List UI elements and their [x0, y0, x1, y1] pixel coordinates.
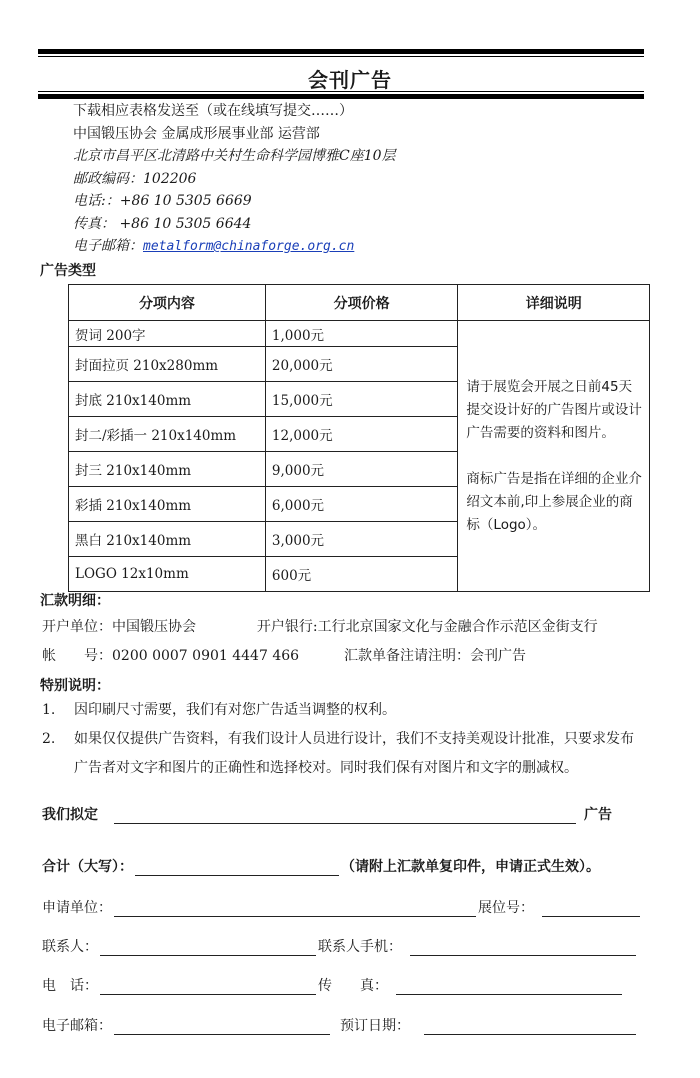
payment-row-2: 帐 号：0200 0007 0901 4447 466 汇款单备注请注明：会刊广… — [42, 645, 526, 665]
ad-types-table: 分项内容 分项价格 详细说明 贺词 200字 1,000元 请于展览会开展之日前… — [68, 284, 650, 592]
fax-label: 传 真： — [318, 975, 388, 995]
item-cell: 封二/彩插一 210x140mm — [69, 417, 266, 452]
detail-note-submission: 请于展览会开展之日前45天提交设计好的广告图片或设计广告需要的资料和图片。 — [466, 376, 643, 445]
contact-intro: 下载相应表格发送至（或在线填写提交……） — [73, 100, 396, 123]
total-input[interactable] — [135, 859, 339, 876]
contact-email-row: 电子邮箱：metalform@chinaforge.org.cn — [73, 235, 396, 258]
email-label: 电子邮箱： — [42, 1015, 112, 1035]
item-cell: LOGO 12x10mm — [69, 557, 266, 592]
contact-email-label: 电子邮箱： — [73, 238, 143, 254]
total-suffix: （请附上汇款单复印件，申请正式生效）。 — [341, 856, 600, 876]
total-label: 合计（大写）： — [42, 856, 133, 876]
applicant-input[interactable] — [114, 900, 476, 917]
contact-block: 下载相应表格发送至（或在线填写提交……） 中国锻压协会 金属成形展事业部 运营部… — [73, 100, 396, 258]
list-text: 如果仅仅提供广告资料，有我们设计人员进行设计，我们不支持美观设计批准，只要求发布… — [74, 725, 644, 783]
table-row: 贺词 200字 1,000元 请于展览会开展之日前45天提交设计好的广告图片或设… — [69, 321, 650, 347]
notes-list: 1. 因印刷尺寸需要，我们有对您广告适当调整的权利。 2. 如果仅仅提供广告资料… — [42, 696, 644, 783]
price-cell: 12,000元 — [265, 417, 458, 452]
notes-heading: 特别说明： — [40, 675, 110, 695]
date-input[interactable] — [424, 1018, 636, 1035]
item-cell: 黑白 210x140mm — [69, 522, 266, 557]
booth-input[interactable] — [542, 900, 640, 917]
detail-notes-cell: 请于展览会开展之日前45天提交设计好的广告图片或设计广告需要的资料和图片。 商标… — [458, 321, 650, 592]
top-double-rule — [38, 49, 644, 57]
contact-address: 北京市昌平区北清路中关村生命科学园博雅C座10层 — [73, 145, 396, 168]
contact-email-link[interactable]: metalform@chinaforge.org.cn — [143, 239, 354, 254]
contact-phone: 电话:：+86 10 5305 6669 — [73, 190, 396, 213]
applicant-label: 申请单位： — [42, 897, 112, 917]
price-cell: 6,000元 — [265, 487, 458, 522]
email-input[interactable] — [114, 1018, 330, 1035]
table-header-row: 分项内容 分项价格 详细说明 — [69, 285, 650, 321]
phone-label: 电 话： — [42, 975, 98, 995]
date-label: 预订日期： — [340, 1015, 410, 1035]
price-cell: 15,000元 — [265, 382, 458, 417]
phone-input[interactable] — [100, 978, 316, 995]
list-number: 1. — [42, 696, 74, 725]
payment-remark: 汇款单备注请注明：会刊广告 — [344, 648, 526, 664]
reserve-row: 我们拟定 广告 — [42, 804, 642, 824]
column-header: 分项价格 — [265, 285, 458, 321]
contact-row: 联系人： 联系人手机： — [42, 936, 642, 956]
booth-label: 展位号： — [478, 897, 534, 917]
title-double-rule — [38, 91, 644, 99]
total-row: 合计（大写）： （请附上汇款单复印件，申请正式生效）。 — [42, 856, 642, 876]
list-item: 2. 如果仅仅提供广告资料，有我们设计人员进行设计，我们不支持美观设计批准，只要… — [42, 725, 644, 783]
contact-fax: 传真： +86 10 5305 6644 — [73, 213, 396, 236]
mobile-input[interactable] — [410, 939, 636, 956]
contact-person-input[interactable] — [100, 939, 316, 956]
list-item: 1. 因印刷尺寸需要，我们有对您广告适当调整的权利。 — [42, 696, 644, 725]
detail-note-logo: 商标广告是指在详细的企业介绍文本前,印上参展企业的商标（Logo）。 — [466, 468, 643, 537]
contact-person-label: 联系人： — [42, 936, 98, 956]
phone-fax-row: 电 话： 传 真： — [42, 975, 642, 995]
account-name: 开户单位：中国锻压协会 — [42, 619, 196, 635]
price-cell: 3,000元 — [265, 522, 458, 557]
item-cell: 封底 210x140mm — [69, 382, 266, 417]
item-cell: 封三 210x140mm — [69, 452, 266, 487]
price-cell: 20,000元 — [265, 347, 458, 382]
mobile-label: 联系人手机： — [318, 936, 402, 956]
reserve-label: 我们拟定 — [42, 804, 98, 824]
reserve-input[interactable] — [114, 807, 576, 824]
email-date-row: 电子邮箱： 预订日期： — [42, 1015, 642, 1035]
applicant-row: 申请单位： 展位号： — [42, 897, 642, 917]
list-text: 因印刷尺寸需要，我们有对您广告适当调整的权利。 — [74, 696, 644, 725]
price-cell: 1,000元 — [265, 321, 458, 347]
item-cell: 彩插 210x140mm — [69, 487, 266, 522]
contact-postcode: 邮政编码：102206 — [73, 168, 396, 191]
column-header: 分项内容 — [69, 285, 266, 321]
ad-types-heading: 广告类型 — [40, 260, 96, 280]
payment-heading: 汇款明细： — [40, 590, 110, 610]
account-number: 帐 号：0200 0007 0901 4447 466 — [42, 648, 299, 664]
payment-row-1: 开户单位：中国锻压协会 开户银行:工行北京国家文化与金融合作示范区金街支行 — [42, 616, 598, 636]
list-number: 2. — [42, 725, 74, 783]
contact-org: 中国锻压协会 金属成形展事业部 运营部 — [73, 123, 396, 146]
price-cell: 600元 — [265, 557, 458, 592]
bank-name: 开户银行:工行北京国家文化与金融合作示范区金街支行 — [257, 619, 598, 635]
item-cell: 封面拉页 210x280mm — [69, 347, 266, 382]
reserve-suffix: 广告 — [584, 804, 612, 824]
fax-input[interactable] — [396, 978, 622, 995]
price-cell: 9,000元 — [265, 452, 458, 487]
item-cell: 贺词 200字 — [69, 321, 266, 347]
page-title: 会刊广告 — [0, 64, 700, 93]
column-header: 详细说明 — [458, 285, 650, 321]
